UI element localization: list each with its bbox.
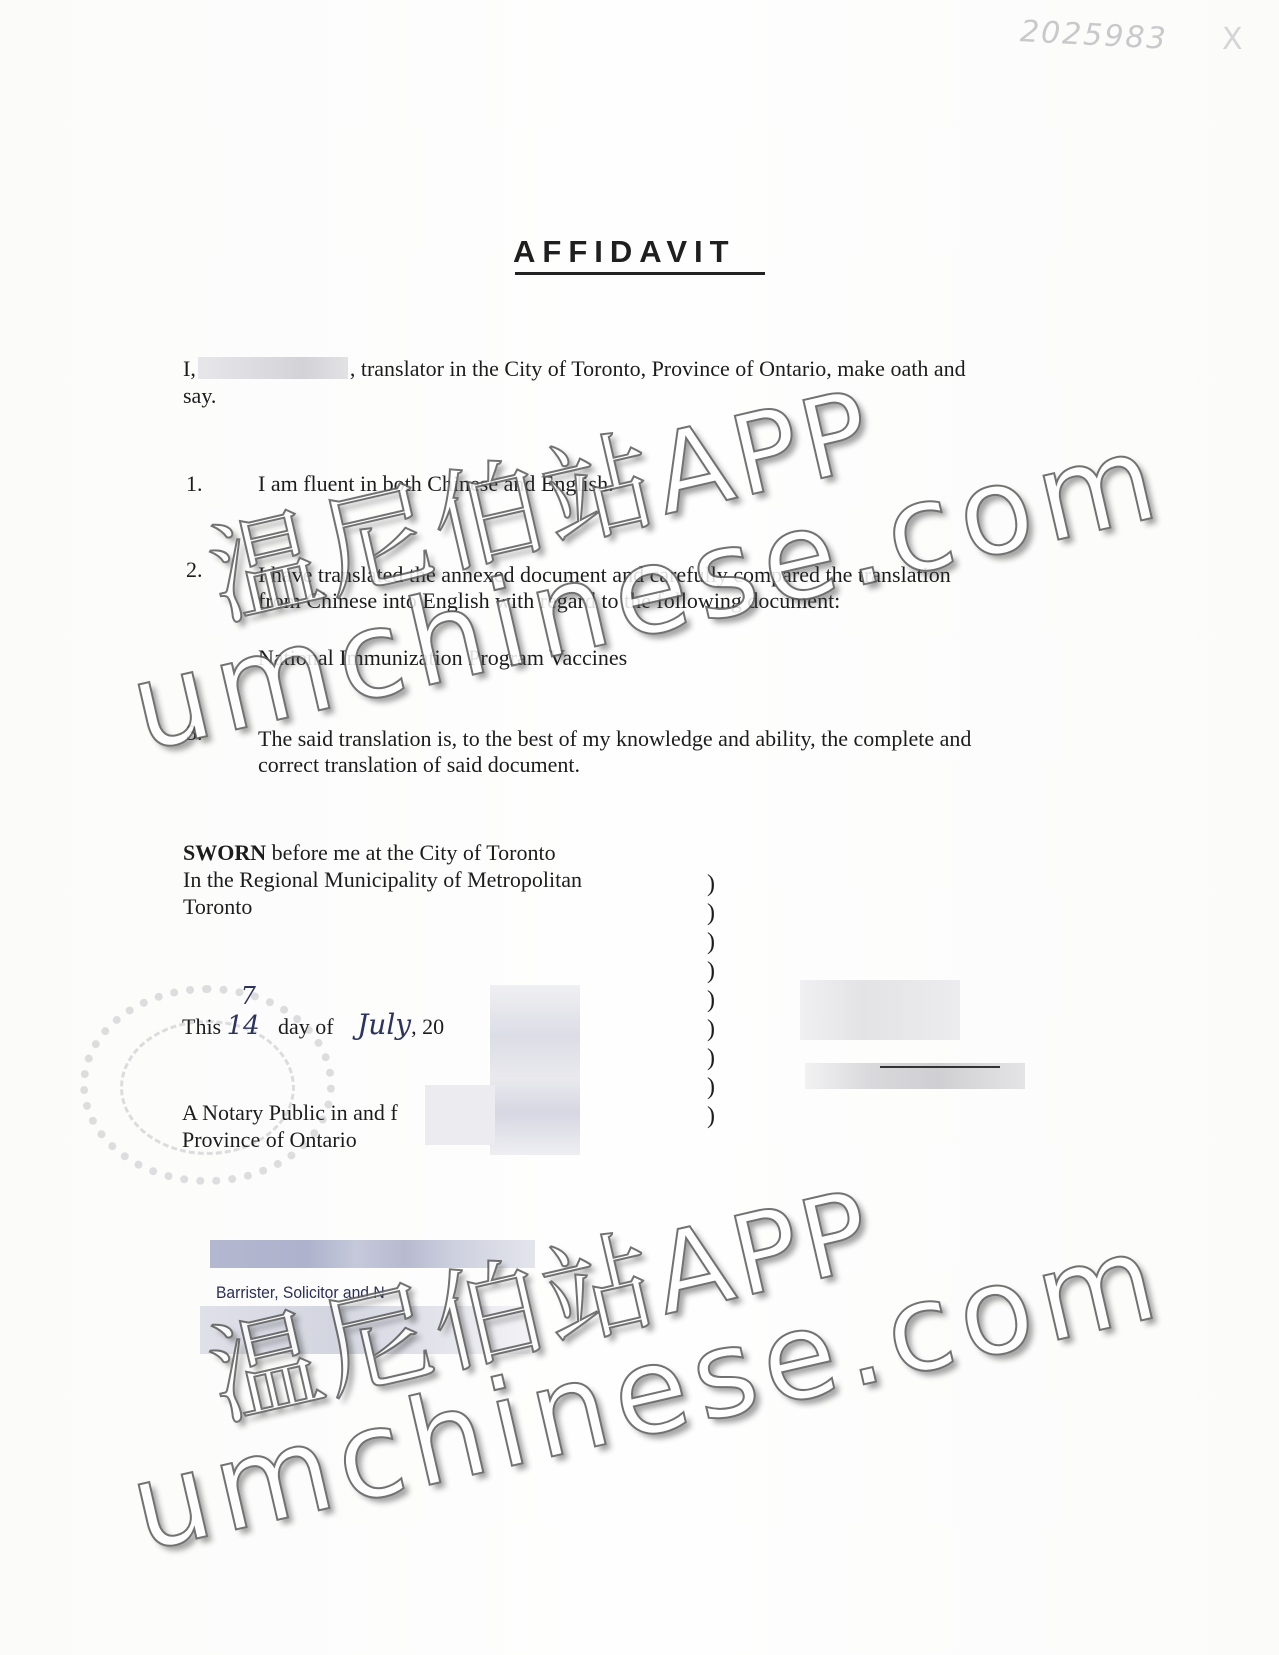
document-title: AFFIDAVIT: [513, 234, 736, 270]
opening-text: , translator in the City of Toronto, Pro…: [350, 356, 966, 381]
handwritten-mark: X: [1222, 22, 1243, 57]
jurat-line-3: Toronto: [183, 893, 252, 920]
day-correction: 7: [241, 983, 256, 1010]
title-underline: [515, 272, 765, 275]
redacted-deponent-signature: [800, 980, 960, 1040]
sworn-text: before me at the City of Toronto: [266, 840, 555, 865]
year-prefix: , 20: [411, 1014, 444, 1039]
date-mid-text: day of: [278, 1014, 334, 1039]
jurat-parentheses: ) ) ) ) ) ) ) ) ): [707, 870, 715, 1131]
day-value: 14: [227, 1011, 260, 1041]
redacted-notary-signature: [490, 985, 580, 1155]
opening-prefix: I,: [183, 356, 196, 381]
opening-line-2: say.: [183, 382, 216, 409]
jurat-date-line: This 14 7 day of July, 20: [182, 1011, 444, 1040]
redacted-notary-name: [425, 1085, 495, 1145]
clause-3-line-2: correct translation of said document.: [258, 751, 580, 778]
handwritten-day: 14 7: [227, 1011, 268, 1041]
redacted-translator-name: [198, 357, 348, 379]
sworn-label: SWORN: [183, 840, 266, 865]
notary-line-1: A Notary Public in and f: [182, 1099, 398, 1126]
jurat-line-1: SWORN before me at the City of Toronto: [183, 839, 556, 866]
date-prefix: This: [182, 1014, 221, 1039]
handwritten-month: July: [357, 1008, 411, 1041]
clause-2-number: 2.: [186, 556, 203, 583]
signature-line: [880, 1066, 1000, 1068]
notary-line-2: Province of Ontario: [182, 1126, 357, 1153]
jurat-line-2: In the Regional Municipality of Metropol…: [183, 866, 582, 893]
